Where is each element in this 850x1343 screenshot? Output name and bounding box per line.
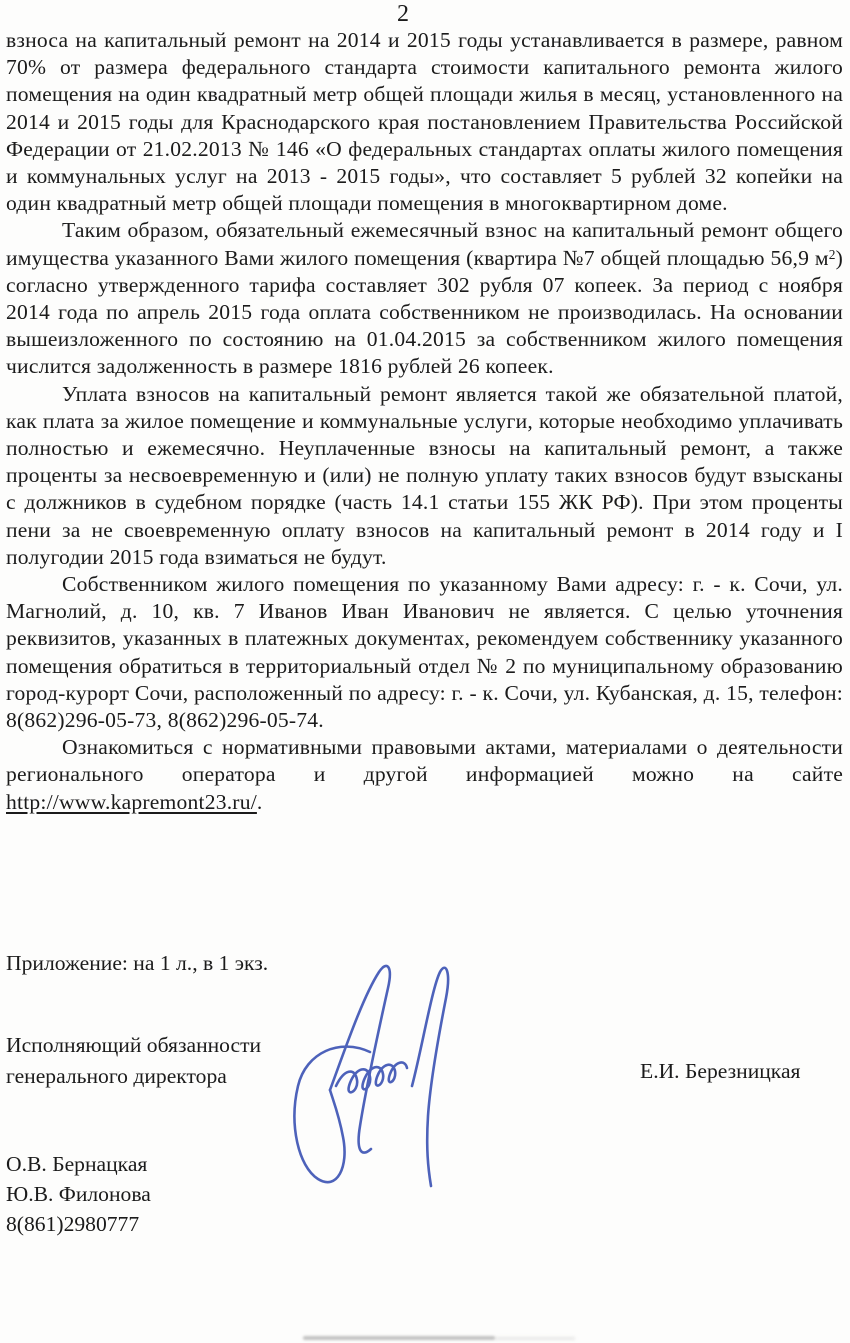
contact-name-2: Ю.В. Филонова [6, 1179, 151, 1209]
signer-name: Е.И. Березницкая [640, 1059, 801, 1084]
body-paragraph: Ознакомиться с нормативными правовыми ак… [6, 734, 843, 816]
page-number: 2 [0, 1, 806, 28]
contacts-block: О.В. Бернацкая Ю.В. Филонова 8(861)29807… [6, 1149, 151, 1239]
scan-artifact-tail [495, 1337, 575, 1340]
text-segment: Уплата взносов на капитальный ремонт явл… [6, 382, 843, 569]
text-segment: Ознакомиться с нормативными правовыми ак… [6, 735, 843, 786]
scanned-letter-page: 2 взноса на капитальный ремонт на 2014 и… [0, 0, 850, 1343]
superscript-text: 2 [829, 247, 836, 262]
text-segment: Собственником жилого помещения по указан… [6, 572, 843, 732]
text-segment: взноса на капитальный ремонт на 2014 и 2… [6, 28, 843, 215]
attachment-note: Приложение: на 1 л., в 1 экз. [6, 951, 268, 976]
website-link[interactable]: http://www.kapremont23.ru/ [6, 790, 257, 814]
signature-ink [284, 958, 466, 1190]
signatory-title: Исполняющий обязанности генерального дир… [6, 1030, 261, 1092]
text-segment: Таким образом, обязательный ежемесячный … [6, 218, 843, 269]
body-paragraph: Таким образом, обязательный ежемесячный … [6, 217, 843, 380]
scan-artifact [303, 1336, 495, 1340]
contact-name-1: О.В. Бернацкая [6, 1149, 151, 1179]
body-paragraph: Собственником жилого помещения по указан… [6, 571, 843, 734]
signatory-title-line1: Исполняющий обязанности [6, 1030, 261, 1061]
contact-phone: 8(861)2980777 [6, 1209, 151, 1239]
text-segment: . [257, 790, 263, 814]
body-paragraph: Уплата взносов на капитальный ремонт явл… [6, 381, 843, 571]
body-paragraph: взноса на капитальный ремонт на 2014 и 2… [6, 27, 843, 217]
document-body: взноса на капитальный ремонт на 2014 и 2… [6, 27, 843, 816]
signatory-title-line2: генерального директора [6, 1061, 261, 1092]
